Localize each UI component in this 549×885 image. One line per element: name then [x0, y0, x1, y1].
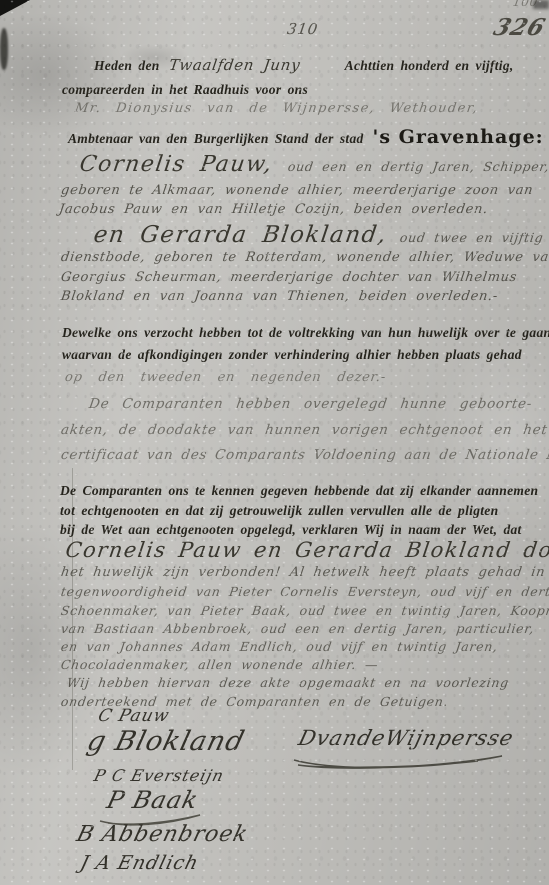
groom-parents-line: Jacobus Pauw en van Hilletje Cozijn, bei… [58, 202, 489, 217]
signature-witness-abbenbroek: B Abbenbroek [74, 822, 251, 847]
city-name: 's Gravenhage: [373, 126, 544, 148]
bride-name-line: en Gerarda Blokland, oud twee en vijftig… [92, 222, 549, 248]
bride-name: en Gerarda Blokland, [92, 222, 389, 248]
groom-detail-line: geboren te Alkmaar, wonende alhier, meer… [60, 183, 534, 198]
documents-line-3: certificaat van des Comparants Voldoenin… [60, 447, 549, 463]
groom-name-line: Cornelis Pauw, oud een en dertig Jaren, … [78, 152, 548, 177]
left-edge-smudge [0, 28, 8, 70]
act-number: 310 [286, 20, 319, 38]
signature-witness-endlich: J A Endlich [78, 852, 201, 874]
marginal-paraph: 326 [490, 14, 549, 41]
banns-printed-1: Dewelke ons verzocht hebben tot de voltr… [62, 325, 549, 341]
official-signature-flourish [288, 752, 508, 774]
official-name-line: Mr. Dionysius van de Wijnpersse, Wethoud… [74, 101, 479, 116]
bride-detail-line: dienstbode, geboren te Rotterdam, wonend… [60, 250, 549, 265]
signature-groom: C Pauw [96, 706, 172, 726]
signature-official: DvandeWijnpersse [296, 726, 516, 750]
opening-line: Heden den Twaalfden Juny Achttien honder… [94, 56, 514, 74]
signature-witness-baak: P Baak [104, 786, 202, 814]
dark-corner-top-left [0, 0, 30, 16]
witness-line-4: en van Johannes Adam Endlich, oud vijf e… [60, 639, 499, 654]
declaration-verbonden-line: het huwelijk zijn verbonden! Al hetwelk … [60, 565, 546, 580]
witness-line-3: van Bastiaan Abbenbroek, oud een en dert… [60, 621, 535, 636]
witness-line-1: tegenwoordigheid van Pieter Cornelis Eve… [60, 584, 549, 599]
groom-age-occupation: oud een en dertig Jaren, Schipper, [287, 159, 549, 174]
printed-ambtenaar: Ambtenaar van den Burgerlijken Stand der… [68, 131, 364, 147]
declaration-printed-3: bij de Wet aan echtgenooten opgelegd, ve… [60, 522, 522, 538]
witness-line-5: Chocoladenmaker, allen wonende alhier. — [60, 657, 379, 672]
bride-widow-line: Georgius Scheurman, meerderjarige dochte… [60, 270, 518, 285]
signature-bride: g Blokland [84, 726, 248, 757]
printed-year: Achttien honderd en vijftig, [345, 58, 514, 74]
paper-blotch [0, 10, 130, 140]
declaration-printed-2: tot echtgenooten en dat zij getrouwelijk… [60, 503, 498, 519]
bride-parents-line: Blokland en van Joanna van Thienen, beid… [60, 289, 499, 304]
documents-line-2: akten, de doodakte van hunnen vorigen ec… [60, 422, 549, 438]
declaration-names: Cornelis Pauw en Gerarda Blokland door [64, 538, 549, 562]
printed-compareerden: compareerden in het Raadhuis voor ons [62, 82, 308, 98]
folio-number-top: 100 [512, 0, 539, 9]
closing-line-1: Wij hebben hiervan deze akte opgemaakt e… [66, 675, 510, 690]
printed-heden: Heden den [94, 58, 160, 74]
groom-name: Cornelis Pauw, [78, 152, 274, 177]
bride-age: oud twee en vijftig Jaren, [399, 230, 549, 245]
documents-line-1: De Comparanten hebben overgelegd hunne g… [88, 396, 533, 412]
banns-dates-hand: op den tweeden en negenden dezer.- [64, 370, 387, 385]
declaration-printed-1: De Comparanten ons te kennen gegeven heb… [60, 483, 538, 499]
ambtenaar-line: Ambtenaar van den Burgerlijken Stand der… [68, 126, 544, 148]
witness-line-2: Schoenmaker, van Pieter Baak, oud twee e… [60, 603, 549, 618]
handwritten-date: Twaalfden Juny [168, 56, 302, 74]
signature-witness-eversteijn: P C Eversteijn [92, 766, 226, 785]
scanned-marriage-record: 310 100 326 Heden den Twaalfden Juny Ach… [0, 0, 549, 885]
banns-printed-2: waarvan de afkondigingen zonder verhinde… [62, 347, 522, 363]
